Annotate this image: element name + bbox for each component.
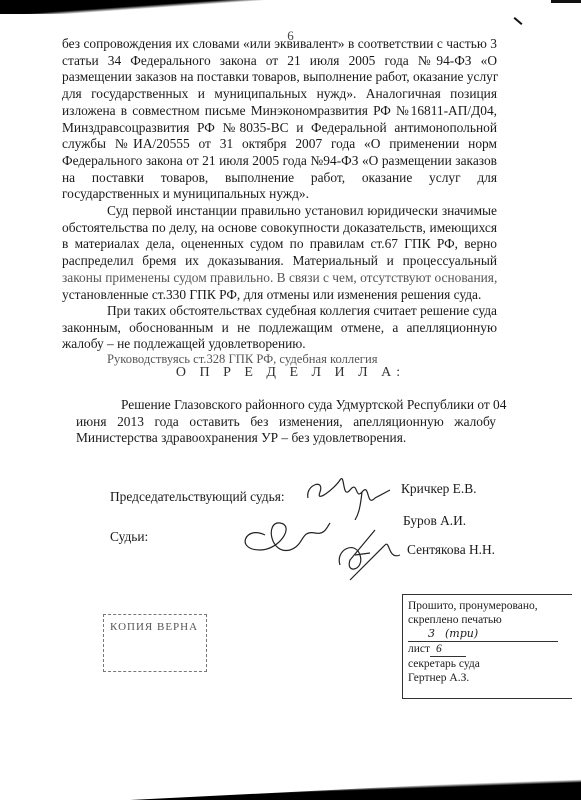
judges-label: Судьи: [110,529,148,545]
text-line: без сопровождения их словами «или эквива… [62,36,497,53]
judge-name-krichker: Кричкер Е.В. [401,481,477,497]
text-line: июня 2013 года оставить без изменения, а… [76,414,496,431]
stamp-line: Гертнер А.З. [408,671,572,685]
decision-title: О П Р Е Д Е Л И Л А: [0,365,581,381]
text-line: Федерального закона от 21 июля 2005 года… [62,153,497,170]
text-line: При таких обстоятельствах судебная колле… [62,303,497,320]
text-line: Решение Глазовского районного суда Удмур… [76,397,496,414]
text-line: изложена в совместном письме Минэкономра… [62,103,497,120]
text-line: на поставки товаров, выполнение работ, о… [62,170,497,187]
text-line: законы применены судом правильно. В связ… [62,270,497,287]
signature-sentyakova-icon [330,525,405,585]
paragraph-1: без сопровождения их словами «или эквива… [62,36,497,203]
copy-stamp-text: КОПИЯ ВЕРНА [110,621,198,633]
stamp-handwritten-count: 3(три) [408,627,558,642]
stamp-line: скреплено печатью [408,613,572,627]
judge-name-burov: Буров А.И. [403,513,466,529]
judge-name-sentyakova: Сентякова Н.Н. [407,542,495,558]
text-line: Суд первой инстанции правильно установил… [62,203,497,220]
text-line: установленные ст.330 ГПК РФ, для отмены … [62,287,497,304]
text-line: для государственных и муниципальных нужд… [62,86,497,103]
copy-certified-stamp: КОПИЯ ВЕРНА [103,614,207,672]
text-line: обстоятельства по делу, на основе совоку… [62,220,497,237]
text-line: Министерства здравоохранения УР – без уд… [76,430,496,447]
paragraph-2: Суд первой инстанции правильно установил… [62,203,497,303]
scan-edge-top [0,0,290,14]
scan-edge-bottom [130,770,581,800]
text-line: государственных и муниципальных нужд». [62,186,497,203]
binding-stamp: Прошито, пронумеровано, скреплено печать… [402,594,572,699]
text-line: законным, обоснованным и не подлежащим о… [62,320,497,337]
decision-text: Решение Глазовского районного суда Удмур… [76,397,496,447]
text-line: службы №ИА/20555 от 31 октября 2007 года… [62,136,497,153]
text-line: в материалах дела, оцененных судом по пр… [62,236,497,253]
text-line: Минздравсоцразвития РФ №8035-ВС и Федера… [62,120,497,137]
text-line: статьи 34 Федерального закона от 21 июля… [62,53,497,70]
stamp-sheet-line: лист6 [408,642,572,657]
presiding-judge-label: Председательствующий судья: [110,489,285,505]
scan-mark [514,17,523,25]
paragraph-4: Руководствуясь ст.328 ГПК РФ, судебная к… [62,335,497,368]
stamp-line: Прошито, пронумеровано, [408,599,572,613]
scan-edge-top-right [551,0,581,3]
text-line: Руководствуясь ст.328 ГПК РФ, судебная к… [62,335,497,368]
text-line: распределил бремя их доказывания. Матери… [62,253,497,270]
stamp-line: секретарь суда [408,657,572,671]
text-line: размещении заказов на поставки товаров, … [62,69,497,86]
